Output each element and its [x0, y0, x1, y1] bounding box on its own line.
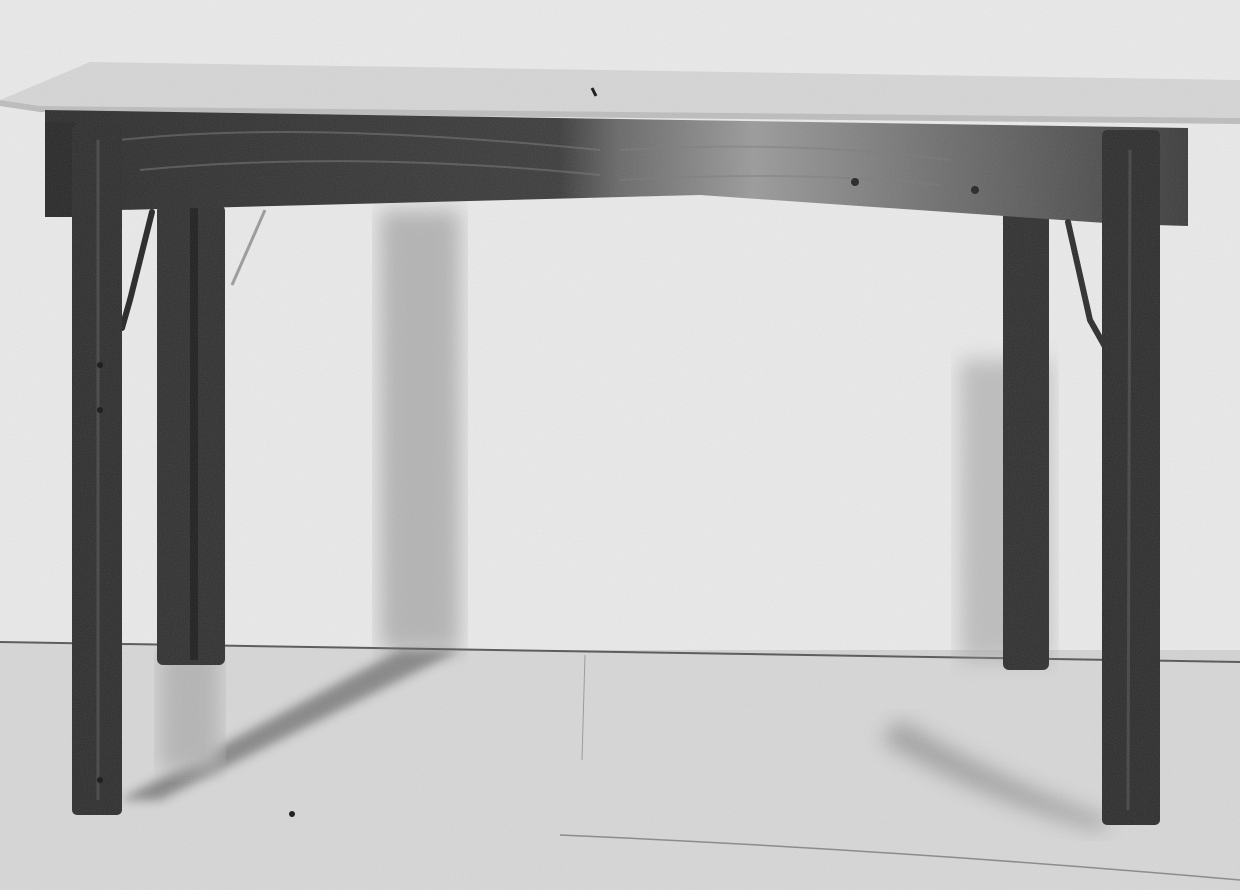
- table-illustration: [0, 0, 1240, 890]
- folding-table-photo: Black-and-white photograph of a wooden f…: [0, 0, 1240, 890]
